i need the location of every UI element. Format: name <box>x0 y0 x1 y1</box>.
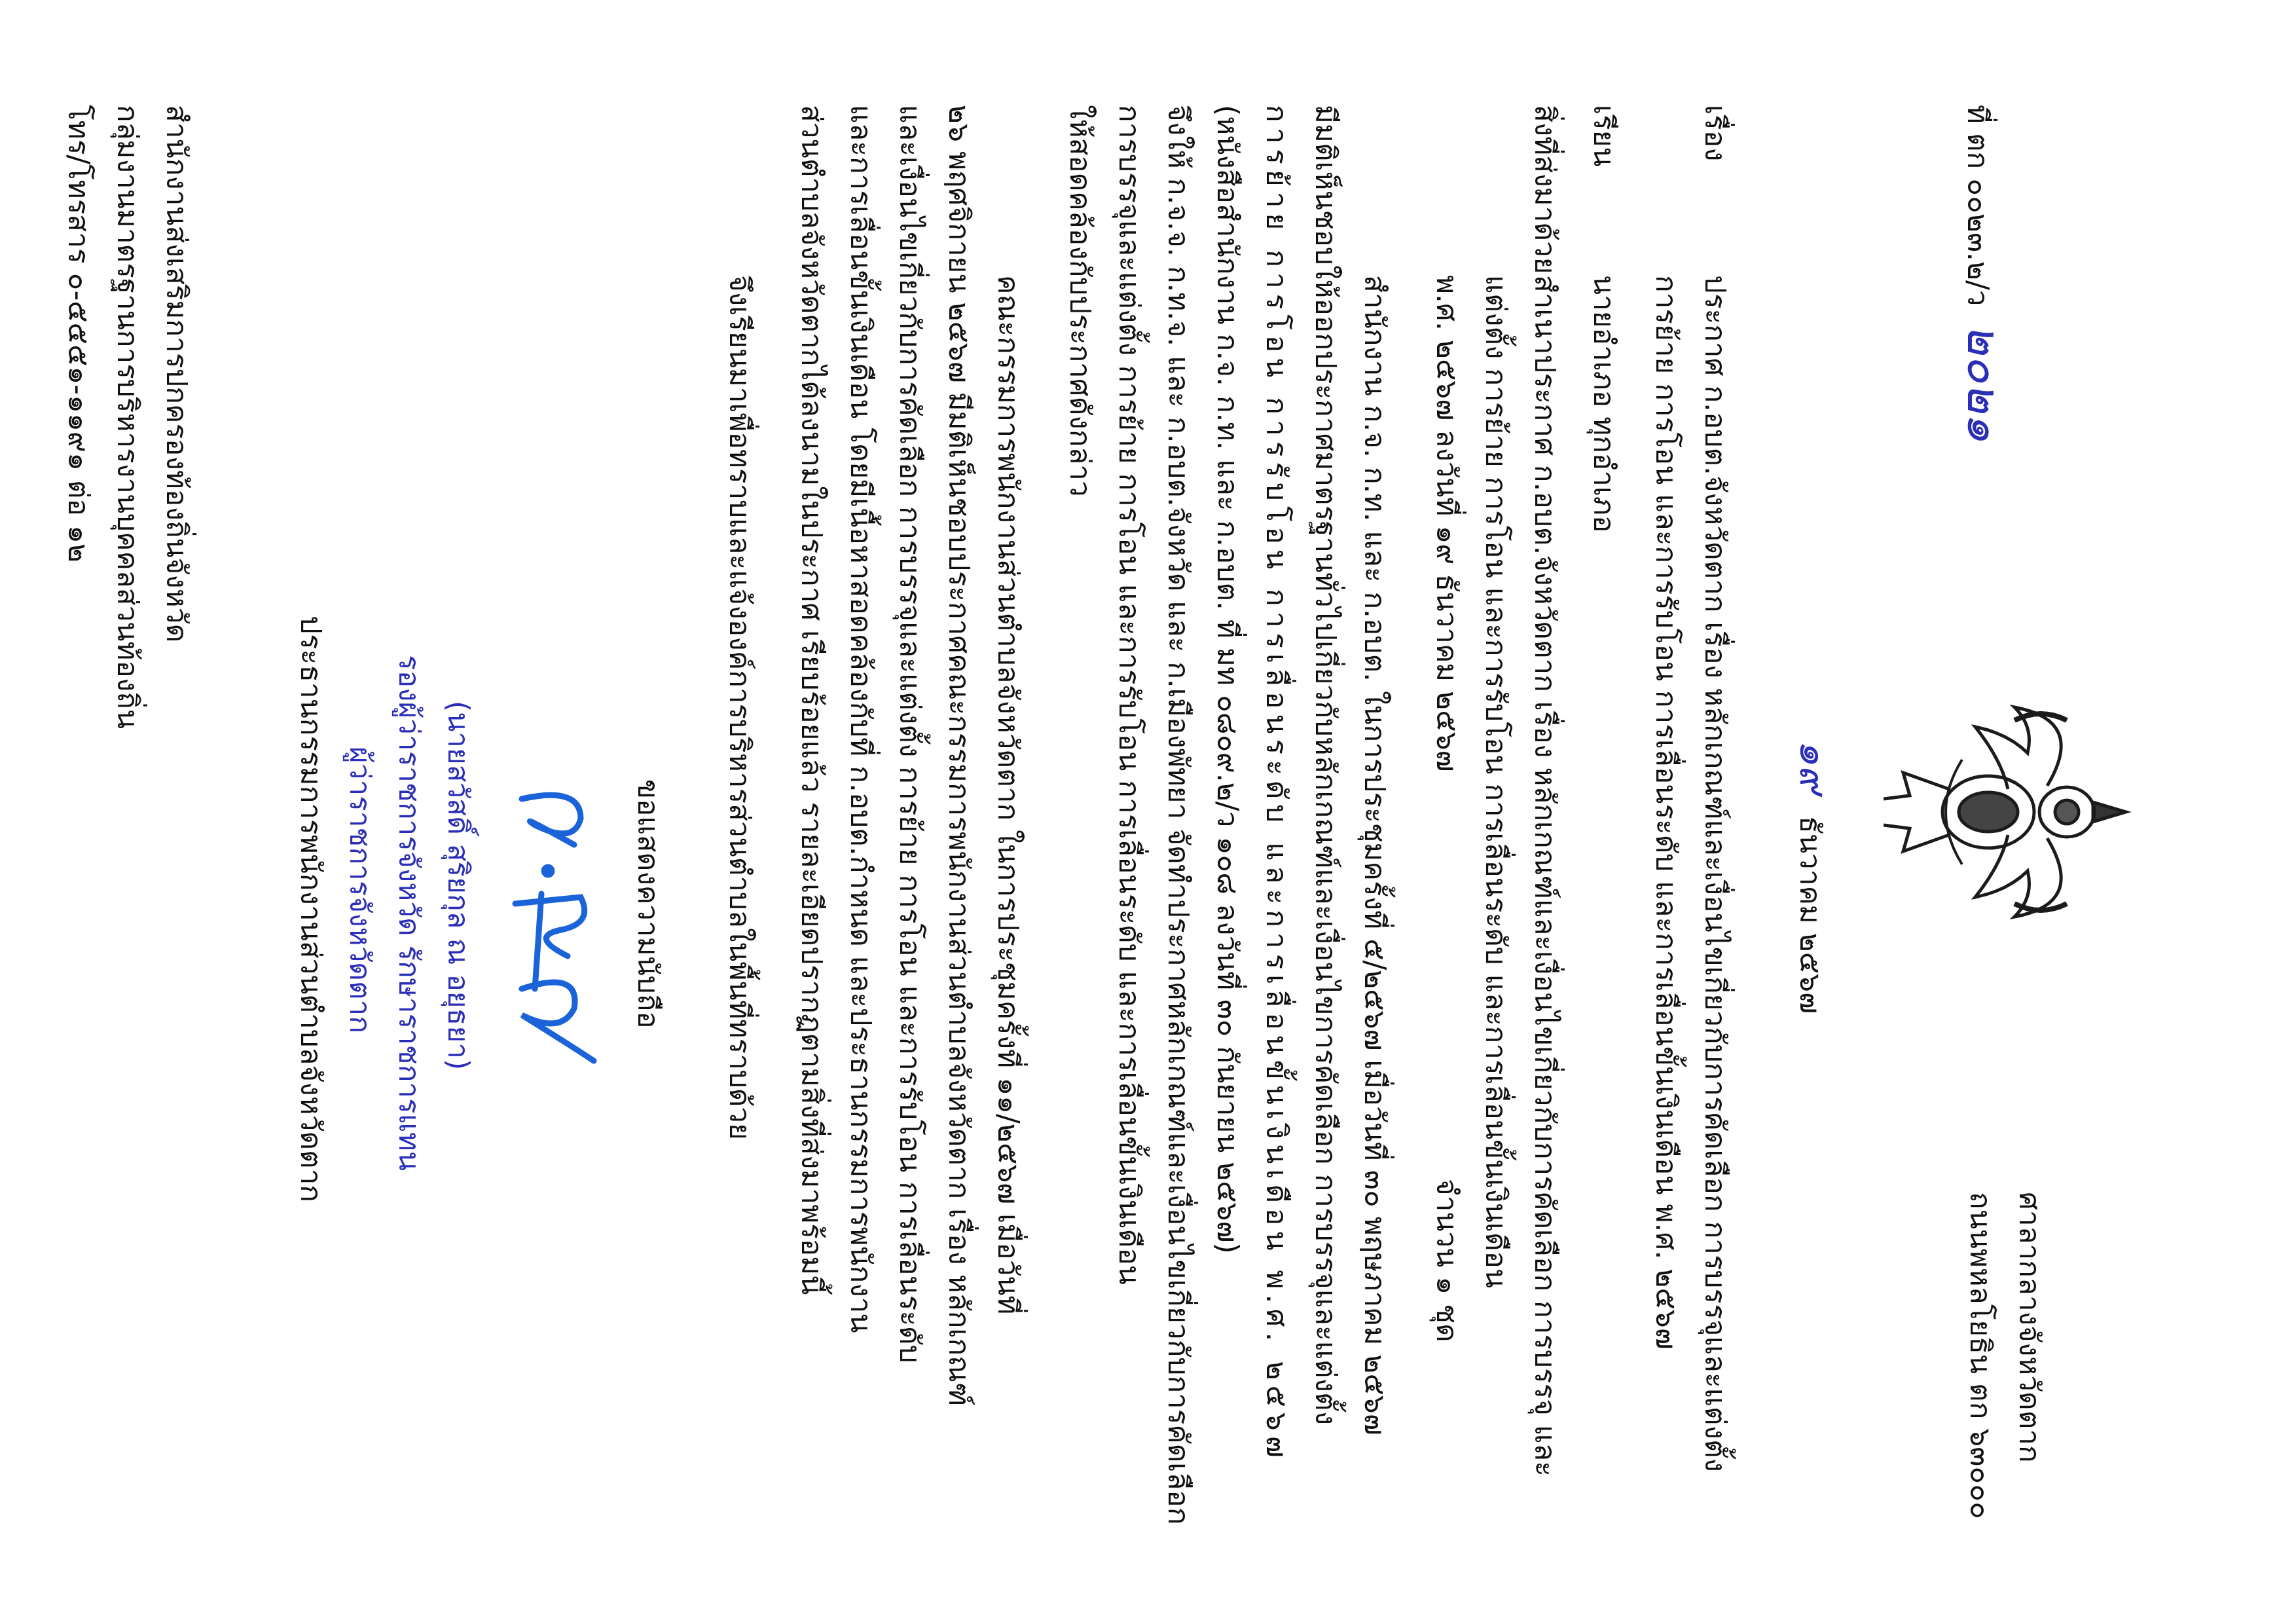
signer-position-1: รองผู้ว่าราชการจังหวัด รักษาราชการแทน <box>384 655 433 1171</box>
footer-department: สำนักงานส่งเสริมการปกครองท้องถิ่นจังหวัด <box>152 105 201 642</box>
office-name: ศาลากลางจังหวัดตาก <box>2005 1192 2054 1463</box>
ref-no-handwritten: ๒๐๒๑ <box>1957 325 2011 442</box>
signer-committee-title: ประธานกรรมการพนักงานส่วนตำบลจังหวัดตาก <box>286 616 335 1202</box>
recipient-block: เรียนนายอำเภอ ทุกอำเภอ <box>1579 105 1628 532</box>
body-p3-line-1: จึงเรียนมาเพื่อทราบและแจ้งองค์การบริหารส… <box>715 275 764 1140</box>
footer-phone: โทร/โทรสาร ๐-๕๕๕๑-๑๑๙๑ ต่อ ๑๒ <box>54 105 103 563</box>
letter-page: ที่ ตก ๐๐๒๓.๒/ว ๒๐๒๑ ศาลากลางจังหวัดตาก … <box>0 0 2296 1624</box>
signature-icon <box>489 773 620 1074</box>
body-p2-line-4: และการเลื่อนขั้นเงินเดือน โดยมีเนื้อหาสอ… <box>836 105 885 1333</box>
body-p1-line-5: จึงให้ ก.จ.จ. ก.ท.จ. และ ก.อบต.จังหวัด แ… <box>1154 105 1203 1524</box>
enclosure-label: สิ่งที่ส่งมาด้วย <box>1520 105 1569 275</box>
letter-date: ๑๙ ธันวาคม ๒๕๖๗ <box>1785 740 1838 1014</box>
body-p2-line-3: และเงื่อนไขเกี่ยวกับการคัดเลือก การบรรจุ… <box>885 105 934 1363</box>
garuda-emblem-icon <box>1870 681 2145 943</box>
body-p1-line-2: มีมติเห็นชอบให้ออกประกาศมาตรฐานทั่วไปเกี… <box>1301 105 1350 1425</box>
body-p1-line-7: ให้สอดคล้องกับประกาศดังกล่าว <box>1055 105 1104 497</box>
enclosure-line-2: แต่งตั้ง การย้าย การโอน และการรับโอน การ… <box>1471 275 1520 1288</box>
date-day-handwritten: ๑๙ <box>1791 740 1836 794</box>
reference-number: ที่ ตก ๐๐๒๓.๒/ว ๒๐๒๑ <box>1953 105 2008 442</box>
enclosure-block: สิ่งที่ส่งมาด้วยสำเนาประกาศ ก.อบต.จังหวั… <box>1520 105 1569 1477</box>
office-address: ถนนพหลโยธิน ตก ๖๓๐๐๐ <box>1956 1192 2005 1519</box>
body-p2-line-5: ส่วนตำบลจังหวัดตากได้ลงนามในประกาศ เรียบ… <box>787 105 836 1295</box>
signer-position-2: ผู้ว่าราชการจังหวัดตาก <box>335 747 384 1033</box>
subject-line-1: ประกาศ ก.อบต.จังหวัดตาก เรื่อง หลักเกณฑ์… <box>1698 275 1732 1472</box>
enclosure-line-3: พ.ศ. ๒๕๖๗ ลงวันที่ ๑๙ ธันวาคม ๒๕๖๗ <box>1422 275 1471 772</box>
subject-line-2: การย้าย การโอน และการรับโอน การเลื่อนระด… <box>1641 275 1690 1350</box>
closing-regards: ขอแสดงความนับถือ <box>623 779 672 1029</box>
body-p1-line-4: (หนังสือสำนักงาน ก.จ. ก.ท. และ ก.อบต. ที… <box>1203 105 1252 1254</box>
body-p1-line-3: การย้าย การโอน การรับโอน การเลื่อนระดับ … <box>1252 105 1301 1463</box>
date-month-year: ธันวาคม ๒๕๖๗ <box>1793 816 1827 1014</box>
body-p1-line-6: การบรรจุและแต่งตั้ง การย้าย การโอน และกา… <box>1104 105 1154 1285</box>
body-p1-line-1: สำนักงาน ก.จ. ก.ท. และ ก.อบต. ในการประชุ… <box>1350 275 1399 1435</box>
body-p2-line-2: ๒๖ พฤศจิกายน ๒๕๖๗ มีมติเห็นชอบประกาศคณะก… <box>934 105 983 1406</box>
recipient-label: เรียน <box>1579 105 1628 275</box>
ref-no-text: ที่ ตก ๐๐๒๓.๒/ว <box>1961 105 1994 306</box>
signer-name: (นายสวัสดิ์ สุริยกุล ณ อยุธยา) <box>433 701 483 1070</box>
enclosure-count: จำนวน ๑ ชุด <box>1422 1179 1471 1342</box>
subject-label: เรื่อง <box>1690 105 1740 275</box>
enclosure-line-1: สำเนาประกาศ ก.อบต.จังหวัดตาก เรื่อง หลัก… <box>1528 275 1561 1477</box>
footer-group: กลุ่มงานมาตรฐานการบริหารงานบุคคลส่วนท้อง… <box>103 105 152 729</box>
subject-block: เรื่องประกาศ ก.อบต.จังหวัดตาก เรื่อง หลั… <box>1690 105 1740 1472</box>
body-p2-line-1: คณะกรรมการพนักงานส่วนตำบลจังหวัดตาก ในกา… <box>983 275 1032 1314</box>
recipient-value: นายอำเภอ ทุกอำเภอ <box>1587 275 1620 532</box>
